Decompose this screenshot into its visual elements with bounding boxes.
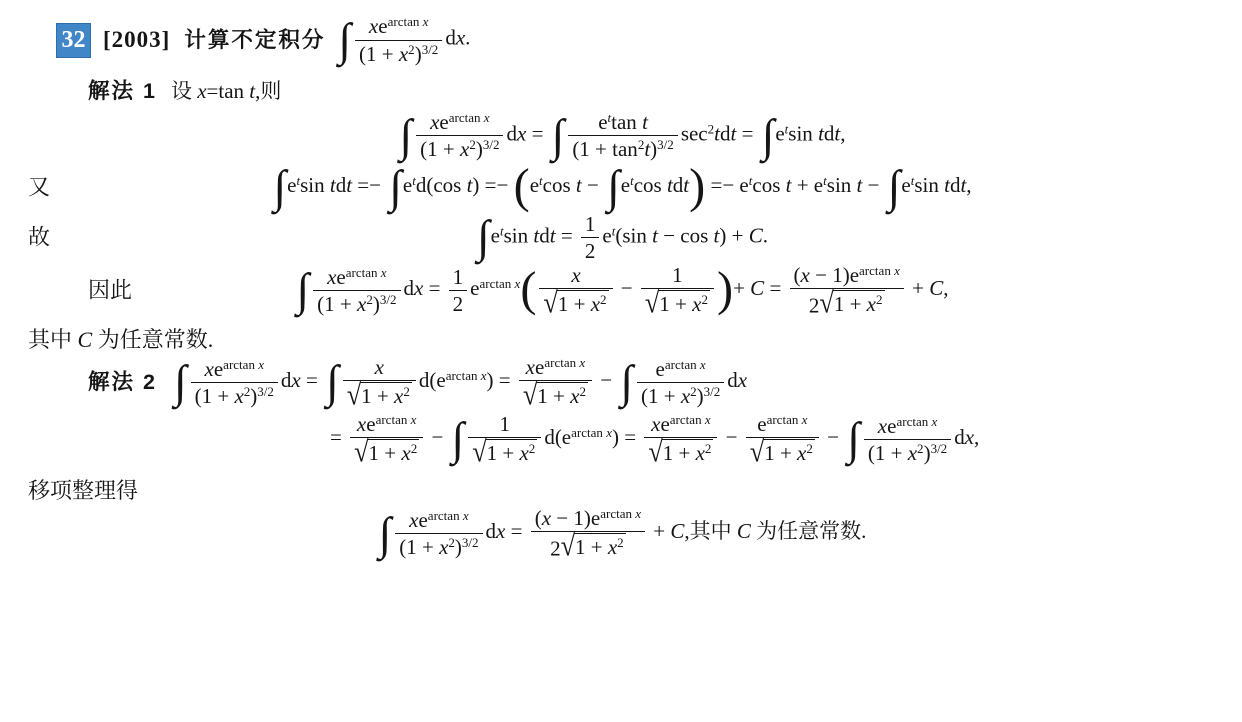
math-text: ) <box>415 42 422 66</box>
superscript: 2 <box>579 384 586 399</box>
math-text: tan <box>218 79 249 103</box>
math-text: e <box>621 173 630 197</box>
solution2-heading: 解法 2 <box>88 369 157 396</box>
superscript: arctan x <box>859 263 900 278</box>
math-text: d(e <box>419 368 446 392</box>
denominator: 2 <box>581 238 600 263</box>
solution1-result-line: 因此 ∫xearctan x(1 + x2)3/2dx = 12earctan … <box>18 263 1224 318</box>
numerator: x <box>539 263 612 289</box>
math-text: 1 + <box>834 292 867 316</box>
solution1-constant-note: 其中 C 为任意常数. <box>18 326 1224 354</box>
math-variable: x <box>439 535 448 559</box>
math-text: arctan <box>376 412 411 427</box>
math-text: cos <box>634 173 667 197</box>
solution2-step1-line: 解法 2 ∫xearctan x(1 + x2)3/2dx = ∫x√1 + x… <box>18 355 1224 410</box>
math-variable: x <box>802 412 808 427</box>
problem-statement-line: 32 [2003] 计算不定积分 ∫xearctan x(1 + x2)3/2d… <box>18 10 1224 70</box>
superscript: arctan x <box>600 506 641 521</box>
fraction: xearctan x(1 + x2)3/2 <box>355 14 442 65</box>
math-text: arctan <box>428 508 463 523</box>
math-text: d <box>950 173 961 197</box>
math-text: 3/2 <box>931 441 948 456</box>
math-text: , <box>966 173 971 197</box>
numerator: ettan t <box>568 110 678 136</box>
math-text: + <box>733 276 750 300</box>
math-text: 2 <box>453 292 464 316</box>
superscript: arctan x <box>376 412 417 427</box>
math-text: − <box>426 425 448 449</box>
math-text: 2 <box>809 294 820 318</box>
math-variable: x <box>696 441 705 465</box>
math-text: 2 <box>403 384 410 399</box>
numerator: xearctan x <box>864 414 951 440</box>
numerator: x <box>343 355 416 381</box>
numerator: (x − 1)earctan x <box>531 506 645 532</box>
math-text: e <box>598 110 607 134</box>
numerator: xearctan x <box>355 14 442 40</box>
math-text: cos <box>752 173 785 197</box>
math-text: e <box>378 14 387 38</box>
final-result-formula: ∫xearctan x(1 + x2)3/2dx = (x − 1)earcta… <box>376 506 867 561</box>
math-text: d <box>336 173 347 197</box>
math-variable: x <box>867 292 876 316</box>
math-text: 1 + <box>361 384 394 408</box>
math-text: , <box>840 121 845 145</box>
denominator: (1 + x2)3/2 <box>355 41 442 66</box>
solution1-step2-line: 又 ∫etsin tdt =− ∫etd(cos t) =− (etcos t … <box>18 163 1224 211</box>
math-text: 2 <box>705 441 712 456</box>
denominator: √1 + x2 <box>539 289 612 318</box>
big-paren: ( <box>514 163 530 211</box>
math-text: − 1)e <box>551 506 600 530</box>
fraction: earctan x(1 + x2)3/2 <box>637 357 724 408</box>
superscript: arctan x <box>223 357 264 372</box>
math-text: + <box>648 519 670 543</box>
math-variable: x <box>878 414 887 438</box>
math-variable: x <box>205 357 214 381</box>
denominator: (1 + x2)3/2 <box>191 383 278 408</box>
integral-sign: ∫ <box>607 164 620 210</box>
math-text: 1 + <box>487 441 520 465</box>
math-text: − <box>595 368 617 392</box>
radical-sign: √ <box>750 439 764 465</box>
math-text: d <box>404 276 415 300</box>
constant-note-text: 其中 C 为任意常数. <box>28 326 213 354</box>
superscript: 3/2 <box>704 384 721 399</box>
denominator: √1 + x2 <box>343 381 416 410</box>
math-variable: x <box>496 519 505 543</box>
math-text: , <box>974 425 979 449</box>
connective-you: 又 <box>28 174 50 202</box>
radicand: 1 + x2 <box>833 290 885 316</box>
math-variable: x <box>357 412 366 436</box>
math-text: d <box>720 121 731 145</box>
math-variable: x <box>894 263 900 278</box>
numerator: xearctan x <box>416 110 503 136</box>
math-text: 1 + <box>663 441 696 465</box>
math-text: arctan <box>449 110 484 125</box>
math-variable: x <box>357 292 366 316</box>
denominator: 2 <box>449 291 468 316</box>
problem-prompt: 计算不定积分 <box>184 27 325 54</box>
integral-sign: ∫ <box>174 359 187 405</box>
math-text: 3/2 <box>483 137 500 152</box>
transition-line: 移项整理得 <box>18 477 1224 505</box>
superscript: arctan x <box>480 276 521 291</box>
radical-sign: √ <box>645 290 659 316</box>
math-text: d <box>486 519 497 543</box>
square-root: √1 + x2 <box>347 382 412 408</box>
math-variable: x <box>484 110 490 125</box>
math-variable: C <box>670 519 684 543</box>
math-text: ) = <box>612 425 641 449</box>
math-text: + e <box>791 173 823 197</box>
math-variable: x <box>291 368 300 392</box>
math-text: (sin <box>615 223 652 247</box>
superscript: 2 <box>806 441 813 456</box>
square-root: √1 + x2 <box>472 439 537 465</box>
fraction: xearctan x√1 + x2 <box>519 355 592 410</box>
math-text: ) = <box>487 368 516 392</box>
cjk-text: 其中 <box>28 327 78 352</box>
radicand: 1 + x2 <box>662 439 714 465</box>
math-text: 3/2 <box>422 41 439 56</box>
math-text: arctan <box>446 368 481 383</box>
radicand: 1 + x2 <box>658 290 710 316</box>
integral-sign: ∫ <box>477 214 490 260</box>
math-text: − 1)e <box>810 263 859 287</box>
fraction: (x − 1)earctan x2√1 + x2 <box>790 263 904 318</box>
problem-number-badge: 32 <box>56 23 91 58</box>
math-text: (1 + <box>868 441 908 465</box>
final-result-line: ∫xearctan x(1 + x2)3/2dx = (x − 1)earcta… <box>18 506 1224 561</box>
math-text: 3/2 <box>380 292 397 307</box>
superscript: 2 <box>600 292 607 307</box>
denominator: √1 + x2 <box>746 438 819 467</box>
math-text: e <box>214 357 223 381</box>
math-variable: x <box>635 506 641 521</box>
superscript: 3/2 <box>931 441 948 456</box>
solution1-step3-formula: ∫etsin tdt = 12et(sin t − cos t) + C. <box>474 212 768 263</box>
math-text: e <box>439 110 448 134</box>
math-text: = <box>556 223 578 247</box>
math-variable: x <box>681 384 690 408</box>
math-text: − <box>822 425 844 449</box>
cjk-text: 设 <box>171 79 197 103</box>
denominator: (1 + x2)3/2 <box>864 440 951 465</box>
denominator: √1 + x2 <box>519 381 592 410</box>
math-text: = <box>301 368 323 392</box>
math-variable: x <box>375 355 384 379</box>
math-text: tan <box>611 110 642 134</box>
math-text: d <box>506 121 517 145</box>
textbook-page: 32 [2003] 计算不定积分 ∫xearctan x(1 + x2)3/2d… <box>0 0 1242 722</box>
radicand: 1 + x2 <box>536 382 588 408</box>
big-paren: ( <box>520 266 536 314</box>
math-text: sin <box>827 173 857 197</box>
superscript: 3/2 <box>422 41 439 56</box>
math-text: e <box>530 173 539 197</box>
fraction: 1√1 + x2 <box>468 412 541 467</box>
math-text: e <box>901 173 910 197</box>
math-text: sin <box>504 223 534 247</box>
math-text: sin <box>300 173 330 197</box>
math-text: ) <box>373 292 380 316</box>
math-variable: x <box>197 79 206 103</box>
radicand: 1 + x2 <box>557 290 609 316</box>
connective-gu: 故 <box>28 223 50 251</box>
math-text: 2 <box>579 384 586 399</box>
math-variable: x <box>965 425 974 449</box>
cjk-text: ,其中 <box>684 519 737 543</box>
radical-sign: √ <box>561 533 575 559</box>
integral-sign: ∫ <box>620 359 633 405</box>
math-variable: x <box>519 441 528 465</box>
superscript: arctan x <box>544 355 585 370</box>
math-variable: x <box>423 14 429 29</box>
numerator: xearctan x <box>350 412 423 438</box>
math-text: 2 <box>411 441 418 456</box>
math-text: cos <box>543 173 576 197</box>
fraction: xearctan x(1 + x2)3/2 <box>313 265 400 316</box>
math-variable: x <box>591 292 600 316</box>
math-text: sin <box>914 173 944 197</box>
superscript: arctan x <box>896 414 937 429</box>
superscript: arctan x <box>767 412 808 427</box>
numerator: xearctan x <box>519 355 592 381</box>
denominator: (1 + x2)3/2 <box>313 291 400 316</box>
math-text: sin <box>788 121 818 145</box>
math-variable: x <box>394 384 403 408</box>
math-variable: x <box>797 441 806 465</box>
solution1-step2-formula: ∫etsin tdt =− ∫etd(cos t) =− (etcos t − … <box>270 163 971 211</box>
math-text: d <box>281 368 292 392</box>
cjk-text: 为任意常数. <box>751 519 867 543</box>
math-text: d <box>954 425 965 449</box>
radical-sign: √ <box>543 290 557 316</box>
math-text: arctan <box>346 264 381 279</box>
superscript: arctan x <box>428 508 469 523</box>
math-variable: x <box>608 535 617 559</box>
superscript: 2 <box>411 441 418 456</box>
math-text: =− e <box>705 173 749 197</box>
denominator: (1 + x2)3/2 <box>637 383 724 408</box>
math-variable: x <box>908 441 917 465</box>
math-text: ) <box>455 535 462 559</box>
math-text: e <box>366 412 375 436</box>
radical-sign: √ <box>354 439 368 465</box>
denominator: 2√1 + x2 <box>531 532 645 561</box>
math-text: 2 <box>550 537 561 561</box>
math-text: e <box>660 412 669 436</box>
square-root: √1 + x2 <box>543 290 608 316</box>
integral-sign: ∫ <box>552 113 565 159</box>
math-text: d <box>445 26 456 50</box>
math-text: (1 + tan <box>572 137 638 161</box>
superscript: 2 <box>403 384 410 399</box>
numerator: xearctan x <box>191 357 278 383</box>
math-text: 1 + <box>369 441 402 465</box>
math-variable: x <box>526 355 535 379</box>
math-text: ( <box>535 506 542 530</box>
square-root: √1 + x2 <box>819 290 884 316</box>
math-text: 2 <box>701 292 708 307</box>
math-text: d <box>539 223 550 247</box>
math-variable: x <box>705 412 711 427</box>
math-text: arctan <box>600 506 635 521</box>
math-variable: x <box>579 355 585 370</box>
math-text: e <box>418 508 427 532</box>
math-text: arctan <box>896 414 931 429</box>
fraction: (x − 1)earctan x2√1 + x2 <box>531 506 645 561</box>
math-text: (1 + <box>317 292 357 316</box>
superscript: arctan x <box>346 264 387 279</box>
math-text: 2 <box>806 441 813 456</box>
fraction: xearctan x(1 + x2)3/2 <box>416 110 503 161</box>
math-variable: x <box>463 508 469 523</box>
math-text: 1 <box>585 212 596 236</box>
integral-sign: ∫ <box>326 359 339 405</box>
math-text: 1 + <box>575 535 608 559</box>
math-text: (1 + <box>195 384 235 408</box>
denominator: (1 + tan2t)3/2 <box>568 136 678 161</box>
superscript: arctan x <box>670 412 711 427</box>
math-text: =− <box>352 173 386 197</box>
denominator: √1 + x2 <box>350 438 423 467</box>
math-variable: x <box>700 357 706 372</box>
math-text: (1 + <box>399 535 439 559</box>
math-variable: C <box>78 327 93 352</box>
cjk-text: 为任意常数. <box>92 327 213 352</box>
radical-sign: √ <box>347 382 361 408</box>
numerator: xearctan x <box>644 412 717 438</box>
superscript: 2 <box>701 292 708 307</box>
solution1-heading-line: 解法 1 设 x=tan t,则 <box>18 74 1224 108</box>
integral-sign: ∫ <box>762 113 775 159</box>
square-root: √1 + x2 <box>354 439 419 465</box>
radical-sign: √ <box>472 439 486 465</box>
superscript: 2 <box>876 292 883 307</box>
fraction: xearctan x√1 + x2 <box>644 412 717 467</box>
math-text: − <box>616 276 638 300</box>
math-text: (1 + <box>359 42 399 66</box>
fraction: xearctan x√1 + x2 <box>350 412 423 467</box>
math-variable: x <box>932 414 938 429</box>
radicand: 1 + x2 <box>574 533 626 559</box>
square-root: √1 + x2 <box>561 533 626 559</box>
fraction: 12 <box>449 265 468 316</box>
superscript: arctan x <box>571 425 612 440</box>
solution2-step1-formula: ∫xearctan x(1 + x2)3/2dx = ∫x√1 + x2d(ea… <box>171 355 747 410</box>
math-text: 2 <box>600 292 607 307</box>
math-text: = <box>526 121 548 145</box>
math-text: 1 <box>453 265 464 289</box>
square-root: √1 + x2 <box>648 439 713 465</box>
math-variable: C <box>750 276 764 300</box>
math-text: 3/2 <box>257 384 274 399</box>
math-text: e <box>403 173 412 197</box>
math-text: − <box>862 173 884 197</box>
solution1-step3-line: 故 ∫etsin tdt = 12et(sin t − cos t) + C. <box>18 212 1224 263</box>
math-text: d(e <box>544 425 571 449</box>
integral-sign: ∫ <box>847 416 860 462</box>
numerator: earctan x <box>637 357 724 383</box>
math-text: = <box>505 519 527 543</box>
math-text: arctan <box>670 412 705 427</box>
math-variable: x <box>411 412 417 427</box>
fraction: x√1 + x2 <box>539 263 612 318</box>
math-text: = <box>736 121 758 145</box>
math-text: arctan <box>665 357 700 372</box>
solution1-substitution: 设 x=tan t,则 <box>171 78 281 104</box>
math-variable: C <box>929 276 943 300</box>
integral-sign: ∫ <box>888 164 901 210</box>
cjk-text: ,则 <box>255 79 281 103</box>
fraction: earctan x√1 + x2 <box>746 412 819 467</box>
superscript: arctan x <box>446 368 487 383</box>
math-text: arctan <box>480 276 515 291</box>
square-root: √1 + x2 <box>523 382 588 408</box>
radical-sign: √ <box>648 439 662 465</box>
math-variable: x <box>801 263 810 287</box>
math-variable: x <box>369 14 378 38</box>
math-text: . <box>465 26 470 50</box>
math-text: 1 + <box>558 292 591 316</box>
denominator: (1 + x2)3/2 <box>395 534 482 559</box>
numerator: xearctan x <box>395 508 482 534</box>
math-text: , <box>943 276 948 300</box>
math-text: 2 <box>585 239 596 263</box>
math-text: − cos <box>658 223 714 247</box>
math-text: + <box>907 276 929 300</box>
math-text: ) <box>924 441 931 465</box>
math-text: 1 + <box>537 384 570 408</box>
connective-yinci: 因此 <box>88 277 132 305</box>
superscript: 3/2 <box>257 384 274 399</box>
integral-sign: ∫ <box>338 17 351 63</box>
numerator: earctan x <box>746 412 819 438</box>
math-text: e <box>336 265 345 289</box>
radical-sign: √ <box>819 290 833 316</box>
integral-sign: ∫ <box>452 416 465 462</box>
superscript: arctan x <box>388 14 429 29</box>
superscript: 3/2 <box>462 535 479 550</box>
radicand: 1 + x2 <box>486 439 538 465</box>
math-variable: t <box>642 110 648 134</box>
math-text: e <box>602 223 611 247</box>
big-paren: ) <box>717 266 733 314</box>
math-variable: x <box>456 26 465 50</box>
math-variable: x <box>234 384 243 408</box>
math-text: arctan <box>767 412 802 427</box>
math-text: d(cos <box>416 173 467 197</box>
math-text: 1 <box>500 412 511 436</box>
math-text: e <box>535 355 544 379</box>
big-paren: ) <box>689 163 705 211</box>
math-variable: C <box>737 519 751 543</box>
math-text: arctan <box>223 357 258 372</box>
math-text: arctan <box>544 355 579 370</box>
integral-sign: ∫ <box>389 164 402 210</box>
math-text: = <box>330 425 347 449</box>
math-text: d <box>824 121 835 145</box>
math-variable: C <box>749 223 763 247</box>
math-variable: x <box>414 276 423 300</box>
numerator: 1 <box>468 412 541 438</box>
integral-sign: ∫ <box>273 164 286 210</box>
fraction: xearctan x(1 + x2)3/2 <box>864 414 951 465</box>
math-text: = <box>764 276 786 300</box>
